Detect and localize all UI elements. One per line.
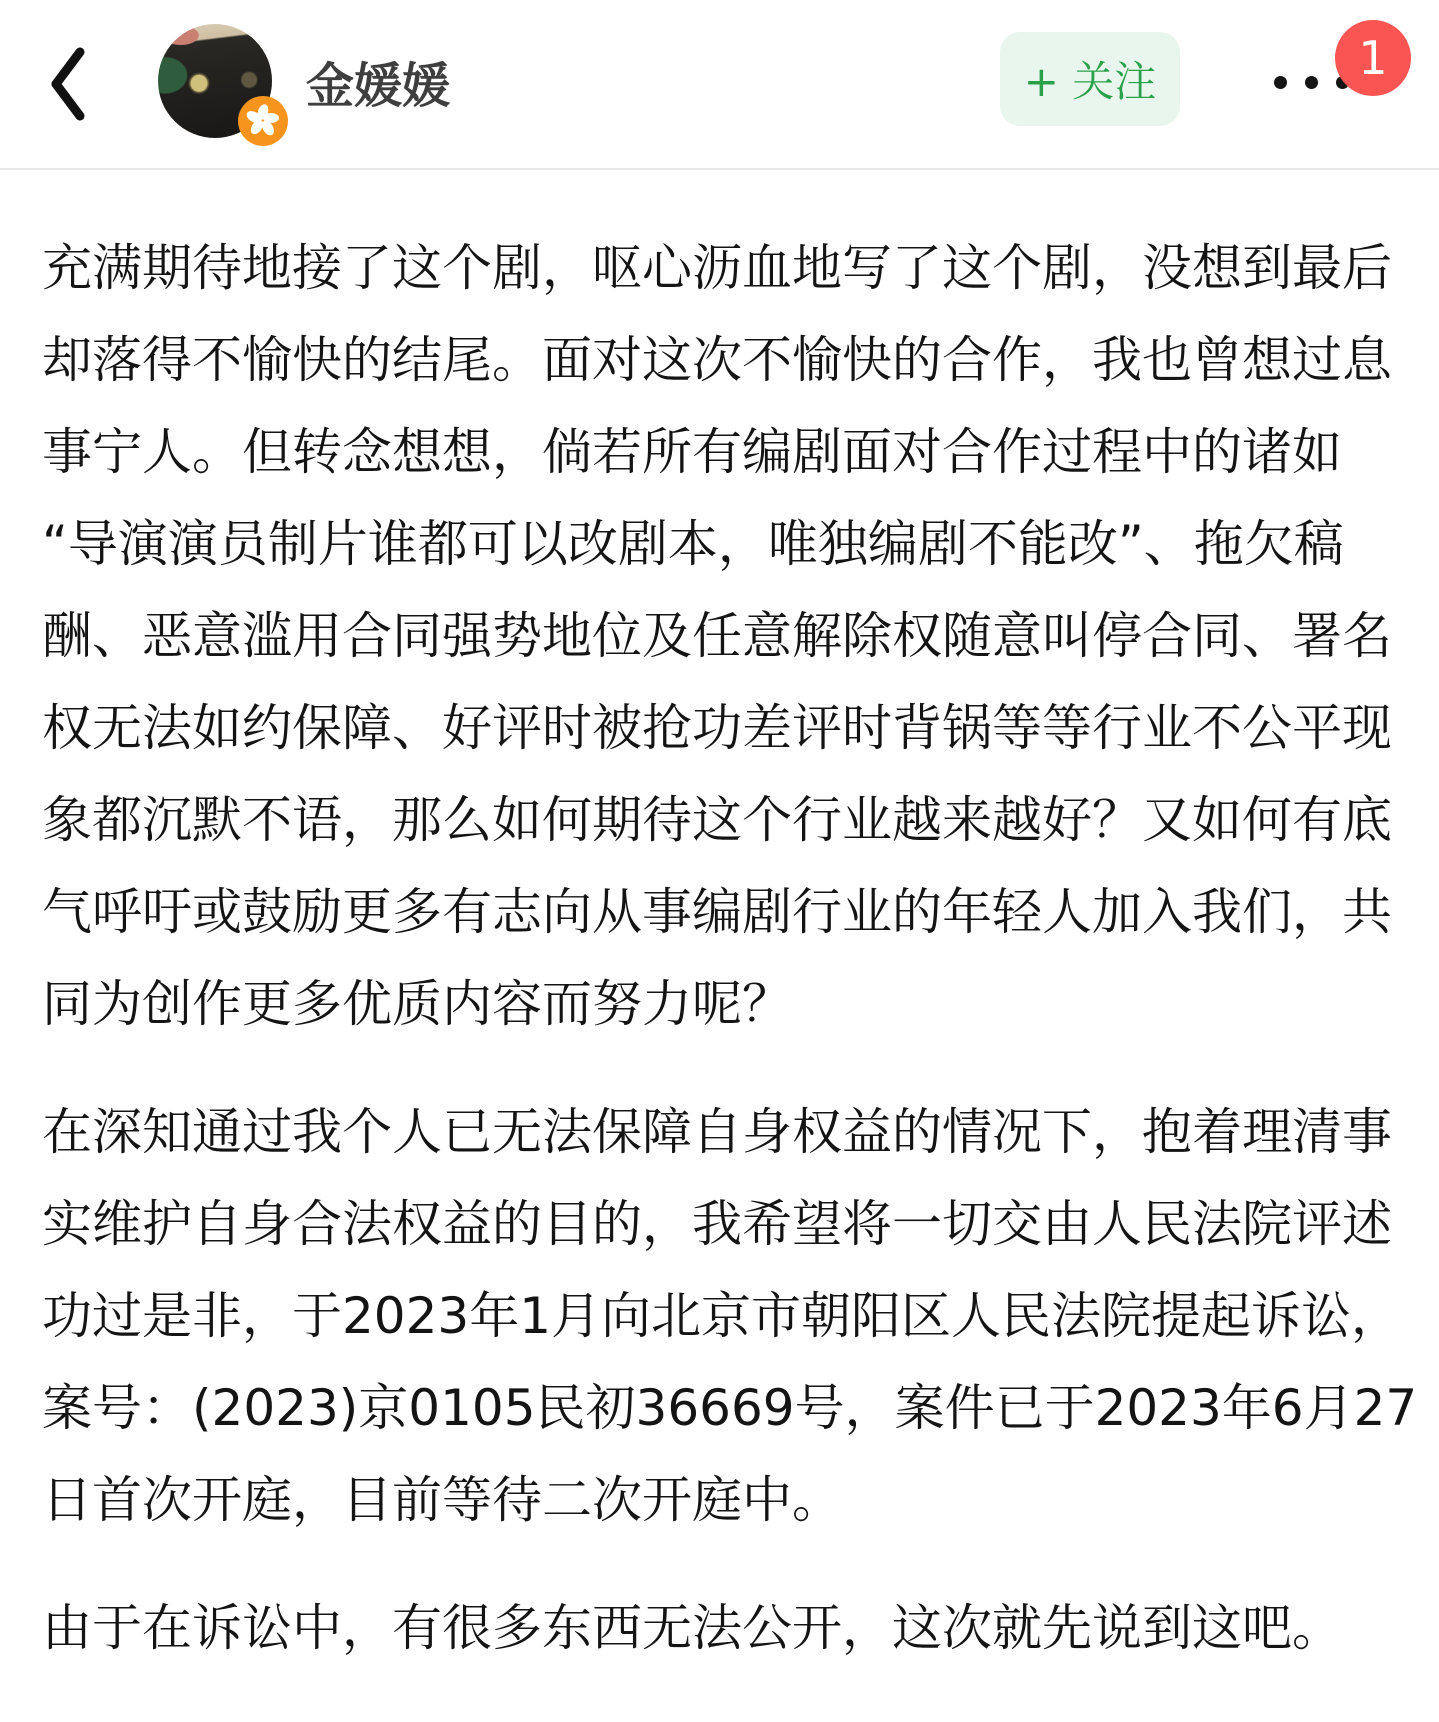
user-info[interactable]: 金媛媛 <box>158 24 450 138</box>
text-line: 权无法如约保障、好评时被抢功差评时背锅等等行业不公平现 <box>42 682 1397 774</box>
notification-badge[interactable]: 1 <box>1335 20 1411 96</box>
username: 金媛媛 <box>306 47 450 116</box>
text-line: 在深知通过我个人已无法保障自身权益的情况下，抱着理清事 <box>42 1086 1397 1178</box>
chevron-left-icon <box>47 46 89 122</box>
avatar <box>158 24 272 138</box>
flower-badge-icon <box>246 104 280 138</box>
paragraph: 充满期待地接了这个剧，呕心沥血地写了这个剧，没想到最后却落得不愉快的结尾。面对这… <box>42 222 1397 1050</box>
ellipsis-icon <box>1305 76 1318 89</box>
text-line: 充满期待地接了这个剧，呕心沥血地写了这个剧，没想到最后 <box>42 222 1397 314</box>
text-line: 实维护自身合法权益的目的，我希望将一切交由人民法院评述 <box>42 1178 1397 1270</box>
paragraph: 由于在诉讼中，有很多东西无法公开，这次就先说到这吧。 <box>42 1582 1397 1674</box>
app-screen: 金媛媛 + 关注 1 充满期待地接了这个剧，呕心沥血地写了这个剧，没想到最后却落… <box>0 0 1439 1722</box>
text-line: 气呼吁或鼓励更多有志向从事编剧行业的年轻人加入我们，共 <box>42 866 1397 958</box>
back-button[interactable] <box>28 34 108 134</box>
text-line: 案号：(2023)京0105民初36669号，案件已于2023年6月27 <box>42 1362 1397 1454</box>
avatar-verified-badge <box>238 96 288 146</box>
paragraph: 在深知通过我个人已无法保障自身权益的情况下，抱着理清事实维护自身合法权益的目的，… <box>42 1086 1397 1546</box>
post-body: 充满期待地接了这个剧，呕心沥血地写了这个剧，没想到最后却落得不愉快的结尾。面对这… <box>0 170 1439 1674</box>
text-line: 象都沉默不语，那么如何期待这个行业越来越好？又如何有底 <box>42 774 1397 866</box>
text-line: 事宁人。但转念想想，倘若所有编剧面对合作过程中的诸如 <box>42 406 1397 498</box>
text-line: 酬、恶意滥用合同强势地位及任意解除权随意叫停合同、署名 <box>42 590 1397 682</box>
text-line: 却落得不愉快的结尾。面对这次不愉快的合作，我也曾想过息 <box>42 314 1397 406</box>
ellipsis-icon <box>1274 76 1287 89</box>
more-button[interactable] <box>1274 76 1349 89</box>
follow-button[interactable]: + 关注 <box>1000 32 1180 126</box>
text-line: 同为创作更多优质内容而努力呢？ <box>42 958 1397 1050</box>
text-line: 由于在诉讼中，有很多东西无法公开，这次就先说到这吧。 <box>42 1582 1397 1674</box>
text-line: “导演演员制片谁都可以改剧本，唯独编剧不能改”、拖欠稿 <box>42 498 1397 590</box>
text-line: 功过是非，于2023年1月向北京市朝阳区人民法院提起诉讼， <box>42 1270 1397 1362</box>
navbar: 金媛媛 + 关注 1 <box>0 0 1439 170</box>
text-line: 日首次开庭，目前等待二次开庭中。 <box>42 1454 1397 1546</box>
